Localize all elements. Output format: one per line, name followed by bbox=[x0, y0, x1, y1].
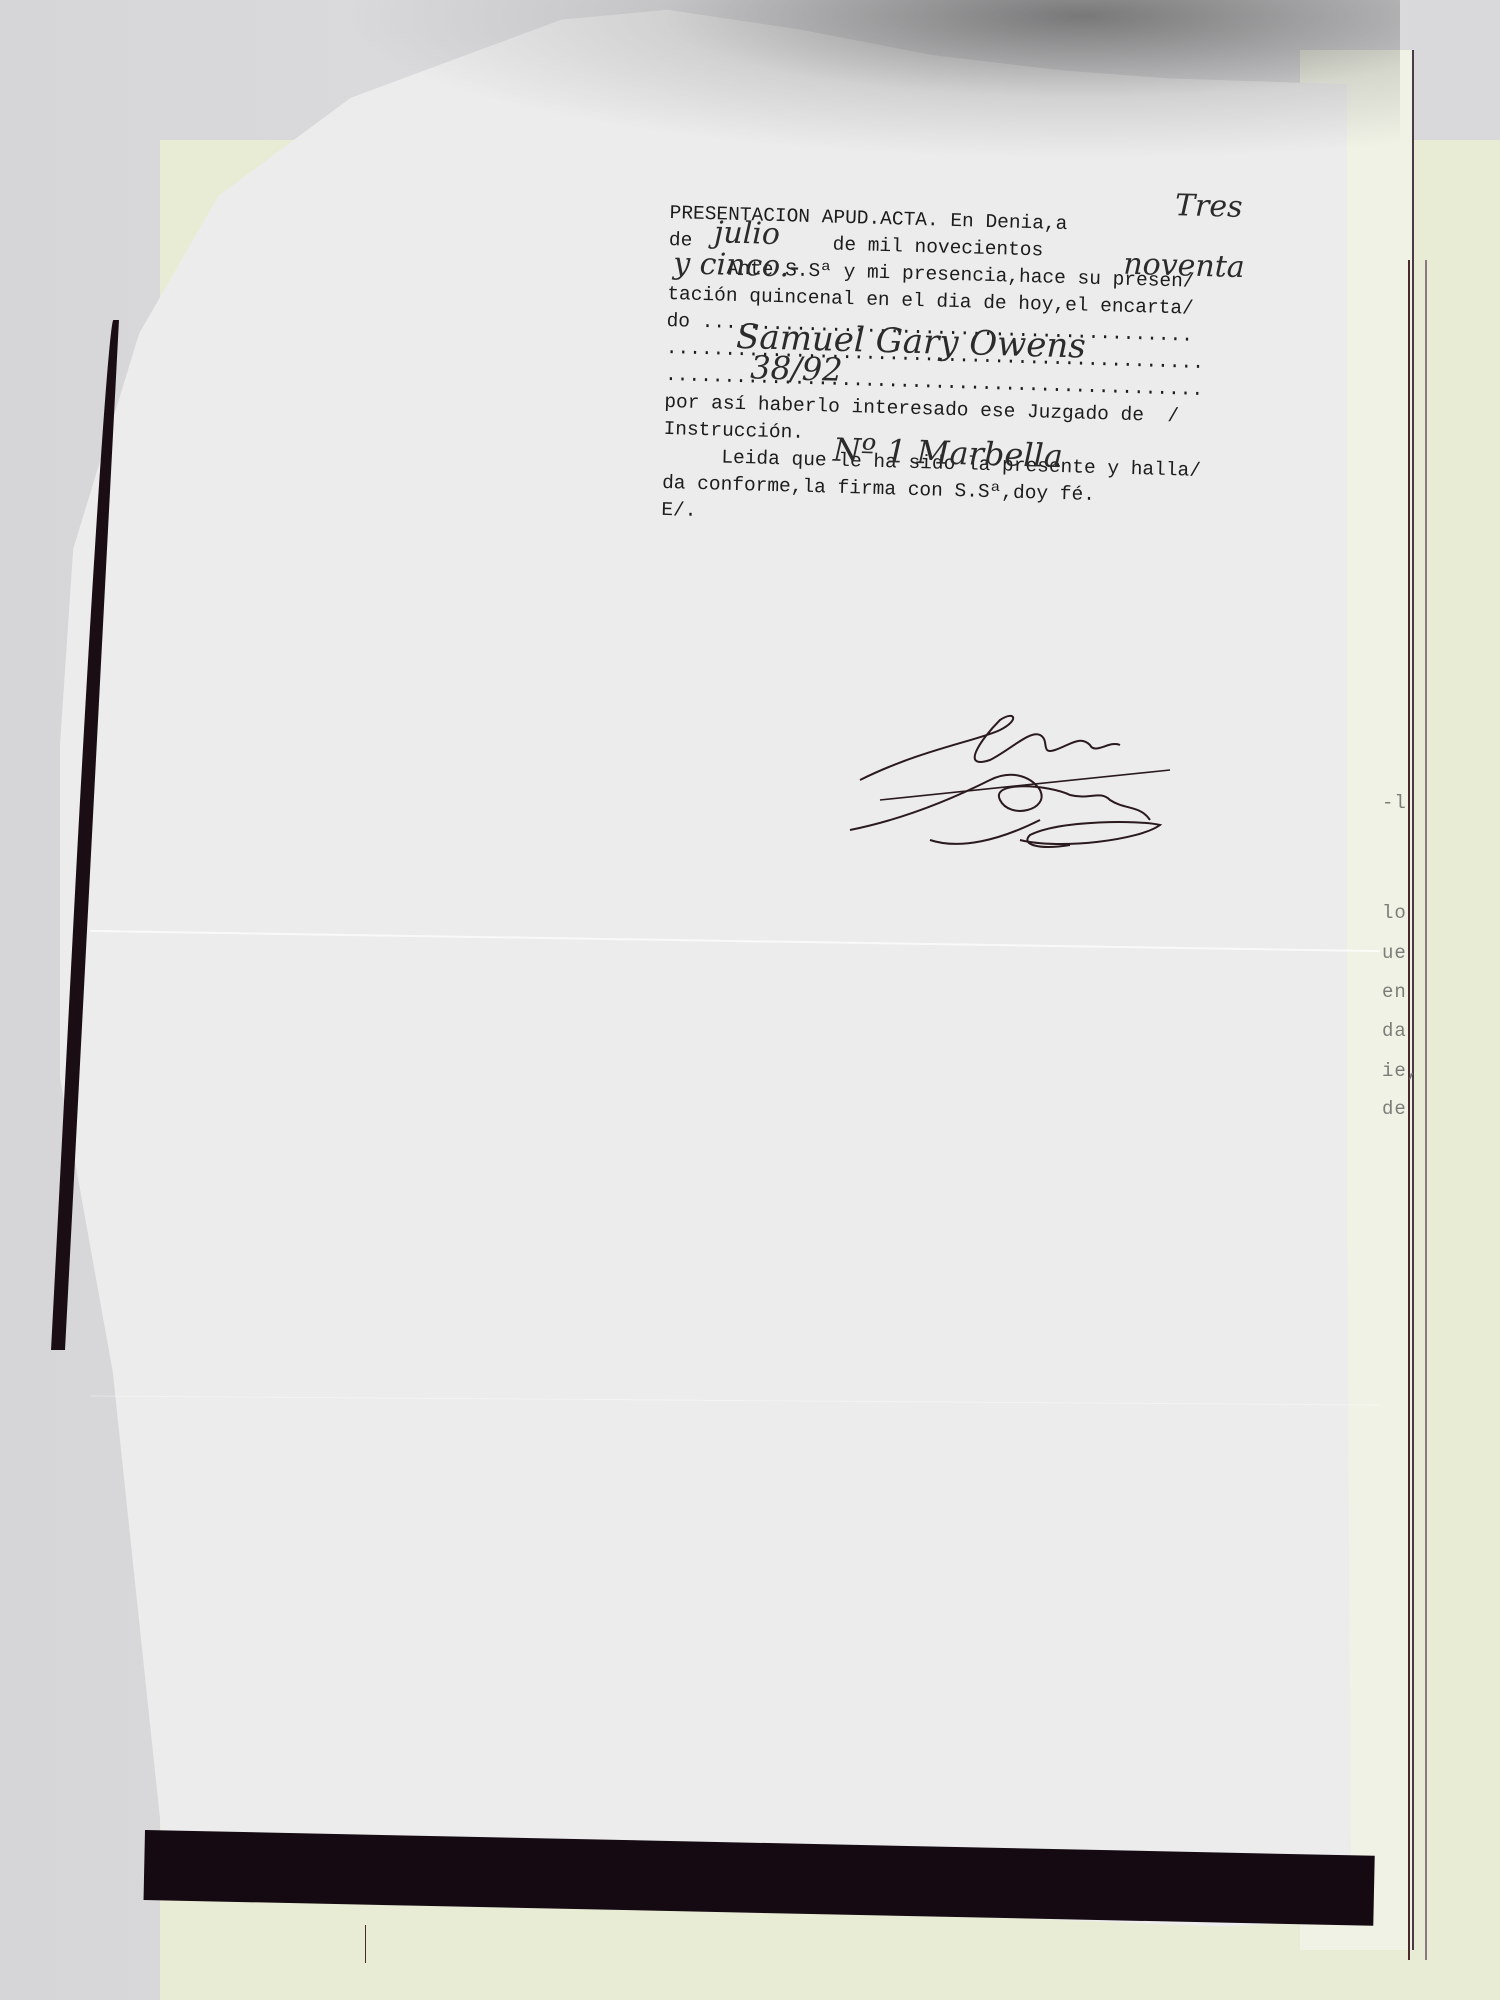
handwritten-case-number: 38/92 bbox=[750, 354, 843, 384]
under-text-fragment: da bbox=[1382, 1020, 1407, 1042]
underlying-page-mark bbox=[365, 1925, 366, 1963]
under-text-fragment: ue bbox=[1382, 942, 1407, 964]
apud-acta-text: PRESENTACION APUD.ACTA. En Denia,a de de… bbox=[661, 200, 1290, 541]
handwritten-court: Nº 1 Marbella bbox=[833, 437, 1064, 470]
signature bbox=[840, 700, 1200, 860]
toner-smudge bbox=[340, 0, 1400, 160]
under-text-fragment: en bbox=[1382, 981, 1407, 1003]
under-text-fragment: ie, bbox=[1382, 1060, 1419, 1082]
handwritten-year-2: y cinco.- bbox=[673, 250, 800, 281]
under-text-fragment: lo bbox=[1382, 902, 1407, 924]
under-text-fragment: -l bbox=[1382, 792, 1407, 814]
handwritten-year-1: noventa bbox=[1123, 251, 1245, 281]
handwritten-day: Tres bbox=[1175, 192, 1243, 221]
under-text-fragment: de bbox=[1382, 1098, 1407, 1120]
underlying-page-rule bbox=[1425, 260, 1427, 1960]
underlying-page-rule bbox=[1408, 260, 1410, 1960]
handwritten-month: julio bbox=[714, 219, 781, 248]
